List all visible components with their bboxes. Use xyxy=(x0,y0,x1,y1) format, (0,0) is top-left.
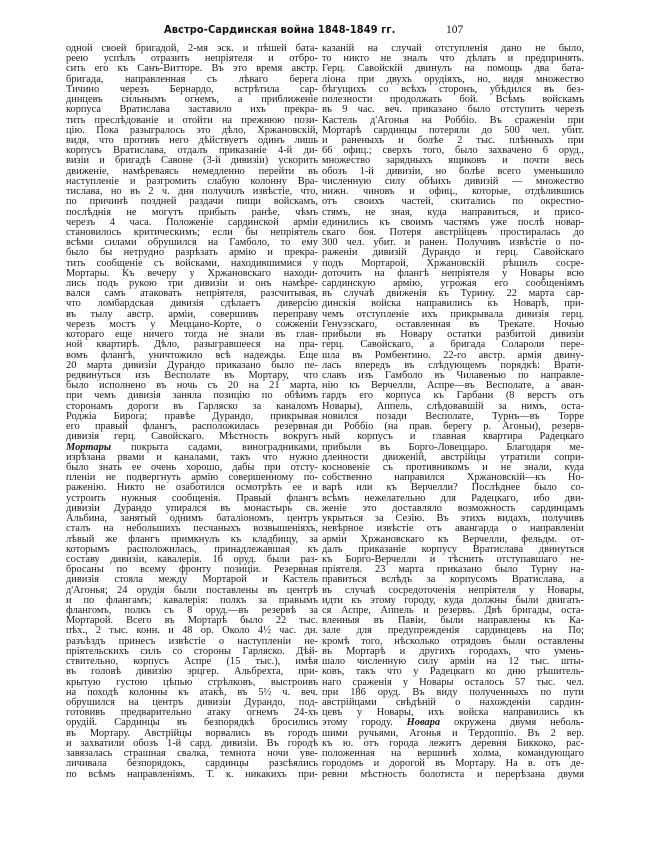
text-line: отъ своихъ частей, скитались по окрестно… xyxy=(322,197,584,207)
italic-term: Мортары xyxy=(66,442,111,453)
page-header: Австро-Сардинская война 1848-1849 гг. 10… xyxy=(0,24,650,40)
text-line: невѣрное извѣстіе отъ авангарда о направ… xyxy=(322,524,584,534)
text-line: сталъ на небольшихъ песчаныхъ возвышенія… xyxy=(66,524,318,534)
text-line: корпуса Вратислава заставило ихъ прекра- xyxy=(66,105,318,115)
text-line: въ 9 час. веч. приказано было отступить … xyxy=(322,105,584,115)
page-number: 107 xyxy=(446,24,463,36)
text-line: личивала безпорядокъ, сардинцы разсѣялис… xyxy=(66,759,318,769)
left-column: одной своей бригадой, 2-мя эск. и пѣшей … xyxy=(66,44,318,780)
text-line: по всѣмъ направленіямъ. Т. к. никакихъ п… xyxy=(66,770,318,780)
text-line: городомъ и дорогой въ Мортару. На в. отъ… xyxy=(322,759,584,769)
running-title: Австро-Сардинская война 1848-1849 гг. xyxy=(164,24,395,36)
text-line: по причинѣ поздней раздачи пищи войскамъ… xyxy=(66,197,318,207)
italic-term: Новара xyxy=(407,717,440,728)
right-column: казаній на случай отступленія дано не бы… xyxy=(322,44,584,780)
text-line: ревни мѣстность болотиста и перерѣзана д… xyxy=(322,770,584,780)
text-line: ный корпусъ и главная квартира Радецкаго xyxy=(322,432,584,442)
